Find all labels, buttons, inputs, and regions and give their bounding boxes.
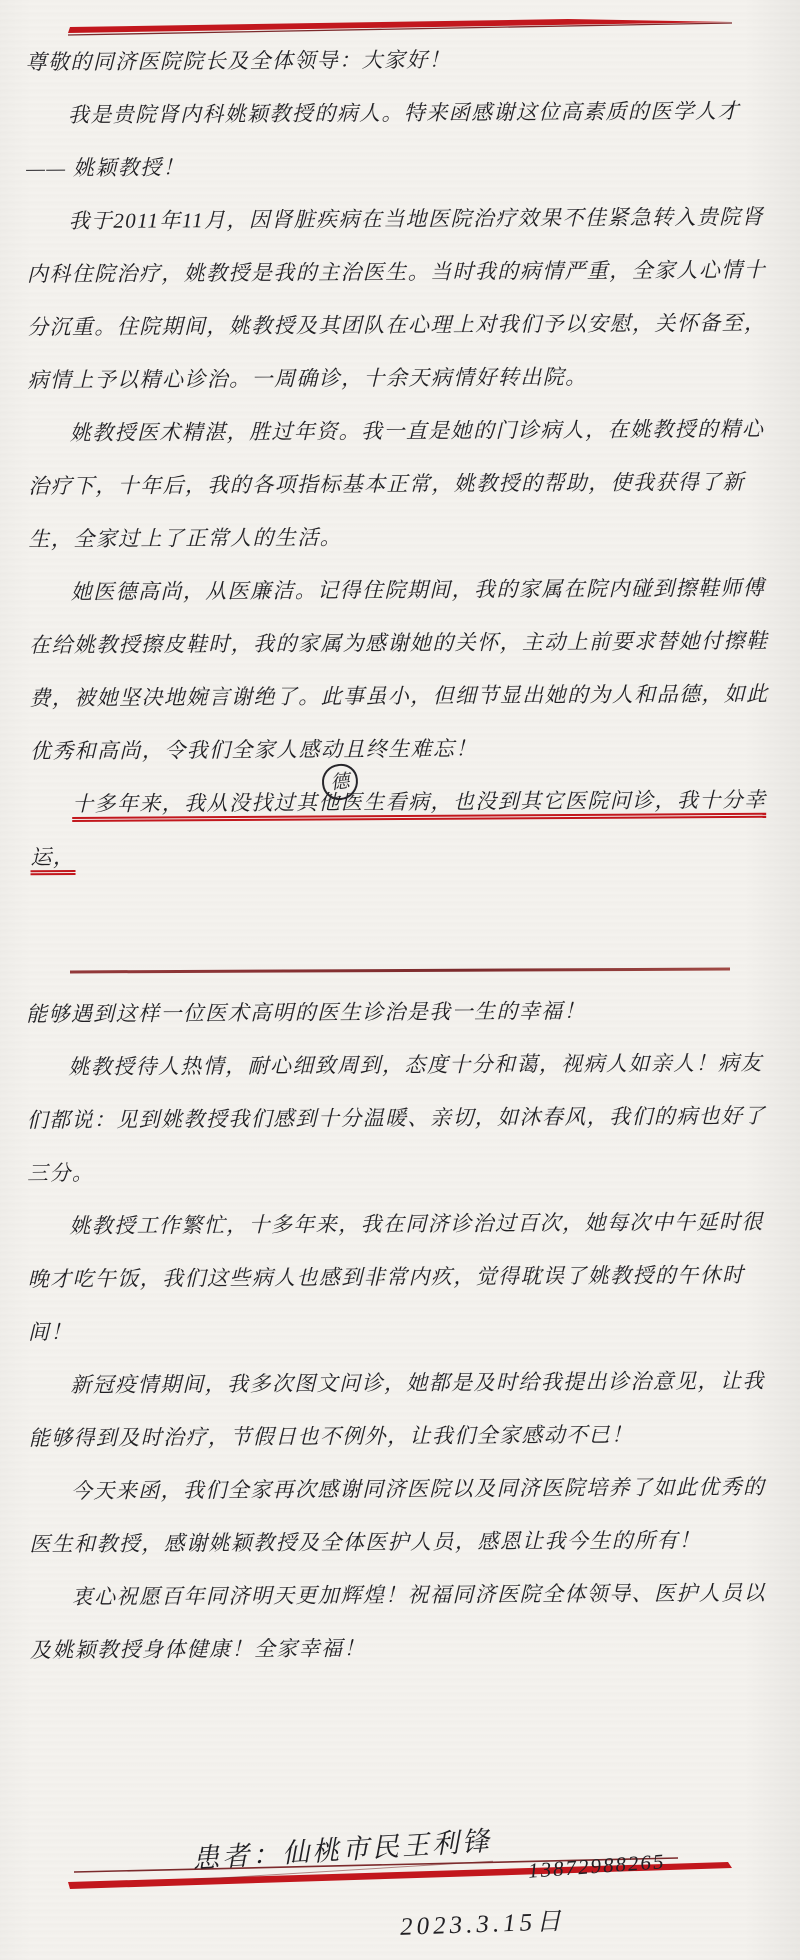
page-1-text: 尊敬的同济医院院长及全体领导：大家好！ 我是贵院肾内科姚颖教授的病人。特来函感谢…	[25, 32, 778, 885]
paragraph-thanks: 今天来函，我们全家再次感谢同济医院以及同济医院培养了如此优秀的医生和教授，感谢姚…	[29, 1461, 778, 1572]
paragraph-skill: 姚教授医术精湛，胜过年资。我一直是她的门诊病人，在姚教授的精心治疗下，十年后，我…	[28, 403, 777, 567]
inserted-char: 德	[330, 772, 351, 793]
paragraph-wishes: 衷心祝愿百年同济明天更加辉煌！祝福同济医院全体领导、医护人员以及姚颖教授身体健康…	[29, 1567, 778, 1678]
paragraph-hospitalization: 我于2011年11月，因肾脏疾病在当地医院治疗效果不佳紧急转入贵院肾内科住院治疗…	[26, 191, 775, 408]
paragraph-pandemic: 新冠疫情期间，我多次图文问诊，她都是及时给我提出诊治意见，让我能够得到及时治疗，…	[28, 1355, 777, 1466]
date: 2023.3.15日	[399, 1901, 565, 1943]
salutation-line: 尊敬的同济医院院长及全体领导：大家好！	[25, 32, 773, 90]
paragraph-continuation: 能够遇到这样一位医术高明的医生诊治是我一生的幸福！	[26, 984, 774, 1042]
page-2-text: 能够遇到这样一位医术高明的医生诊治是我一生的幸福！ 姚教授待人热情，耐心细致周到…	[26, 984, 778, 1678]
paragraph-underlined: 十多年来，我从没找过其他医生看病，也没到其它医院问诊，我十分幸运，	[30, 774, 779, 885]
paragraph-intro: 我是贵院肾内科姚颖教授的病人。特来函感谢这位高素质的医学人才 —— 姚颖教授！	[26, 85, 775, 196]
page-2-top-rule	[70, 968, 730, 973]
paragraph-ethics: 她医德高尚，从医廉洁。记得住院期间，我的家属在院内碰到擦鞋师傅在给姚教授擦皮鞋时…	[29, 562, 778, 779]
red-underlined-sentence: 十多年来，我从没找过其他医生看病，也没到其它医院问诊，我十分幸运，	[30, 788, 766, 875]
paragraph-warmth: 姚教授待人热情，耐心细致周到，态度十分和蔼，视病人如亲人！病友们都说：见到姚教授…	[26, 1037, 775, 1201]
paragraph-busy-clinic: 姚教授工作繁忙，十多年来，我在同济诊治过百次，她每次中午延时很晚才吃午饭，我们这…	[27, 1196, 776, 1360]
letter-page: 尊敬的同济医院院长及全体领导：大家好！ 我是贵院肾内科姚颖教授的病人。特来函感谢…	[0, 0, 800, 1960]
